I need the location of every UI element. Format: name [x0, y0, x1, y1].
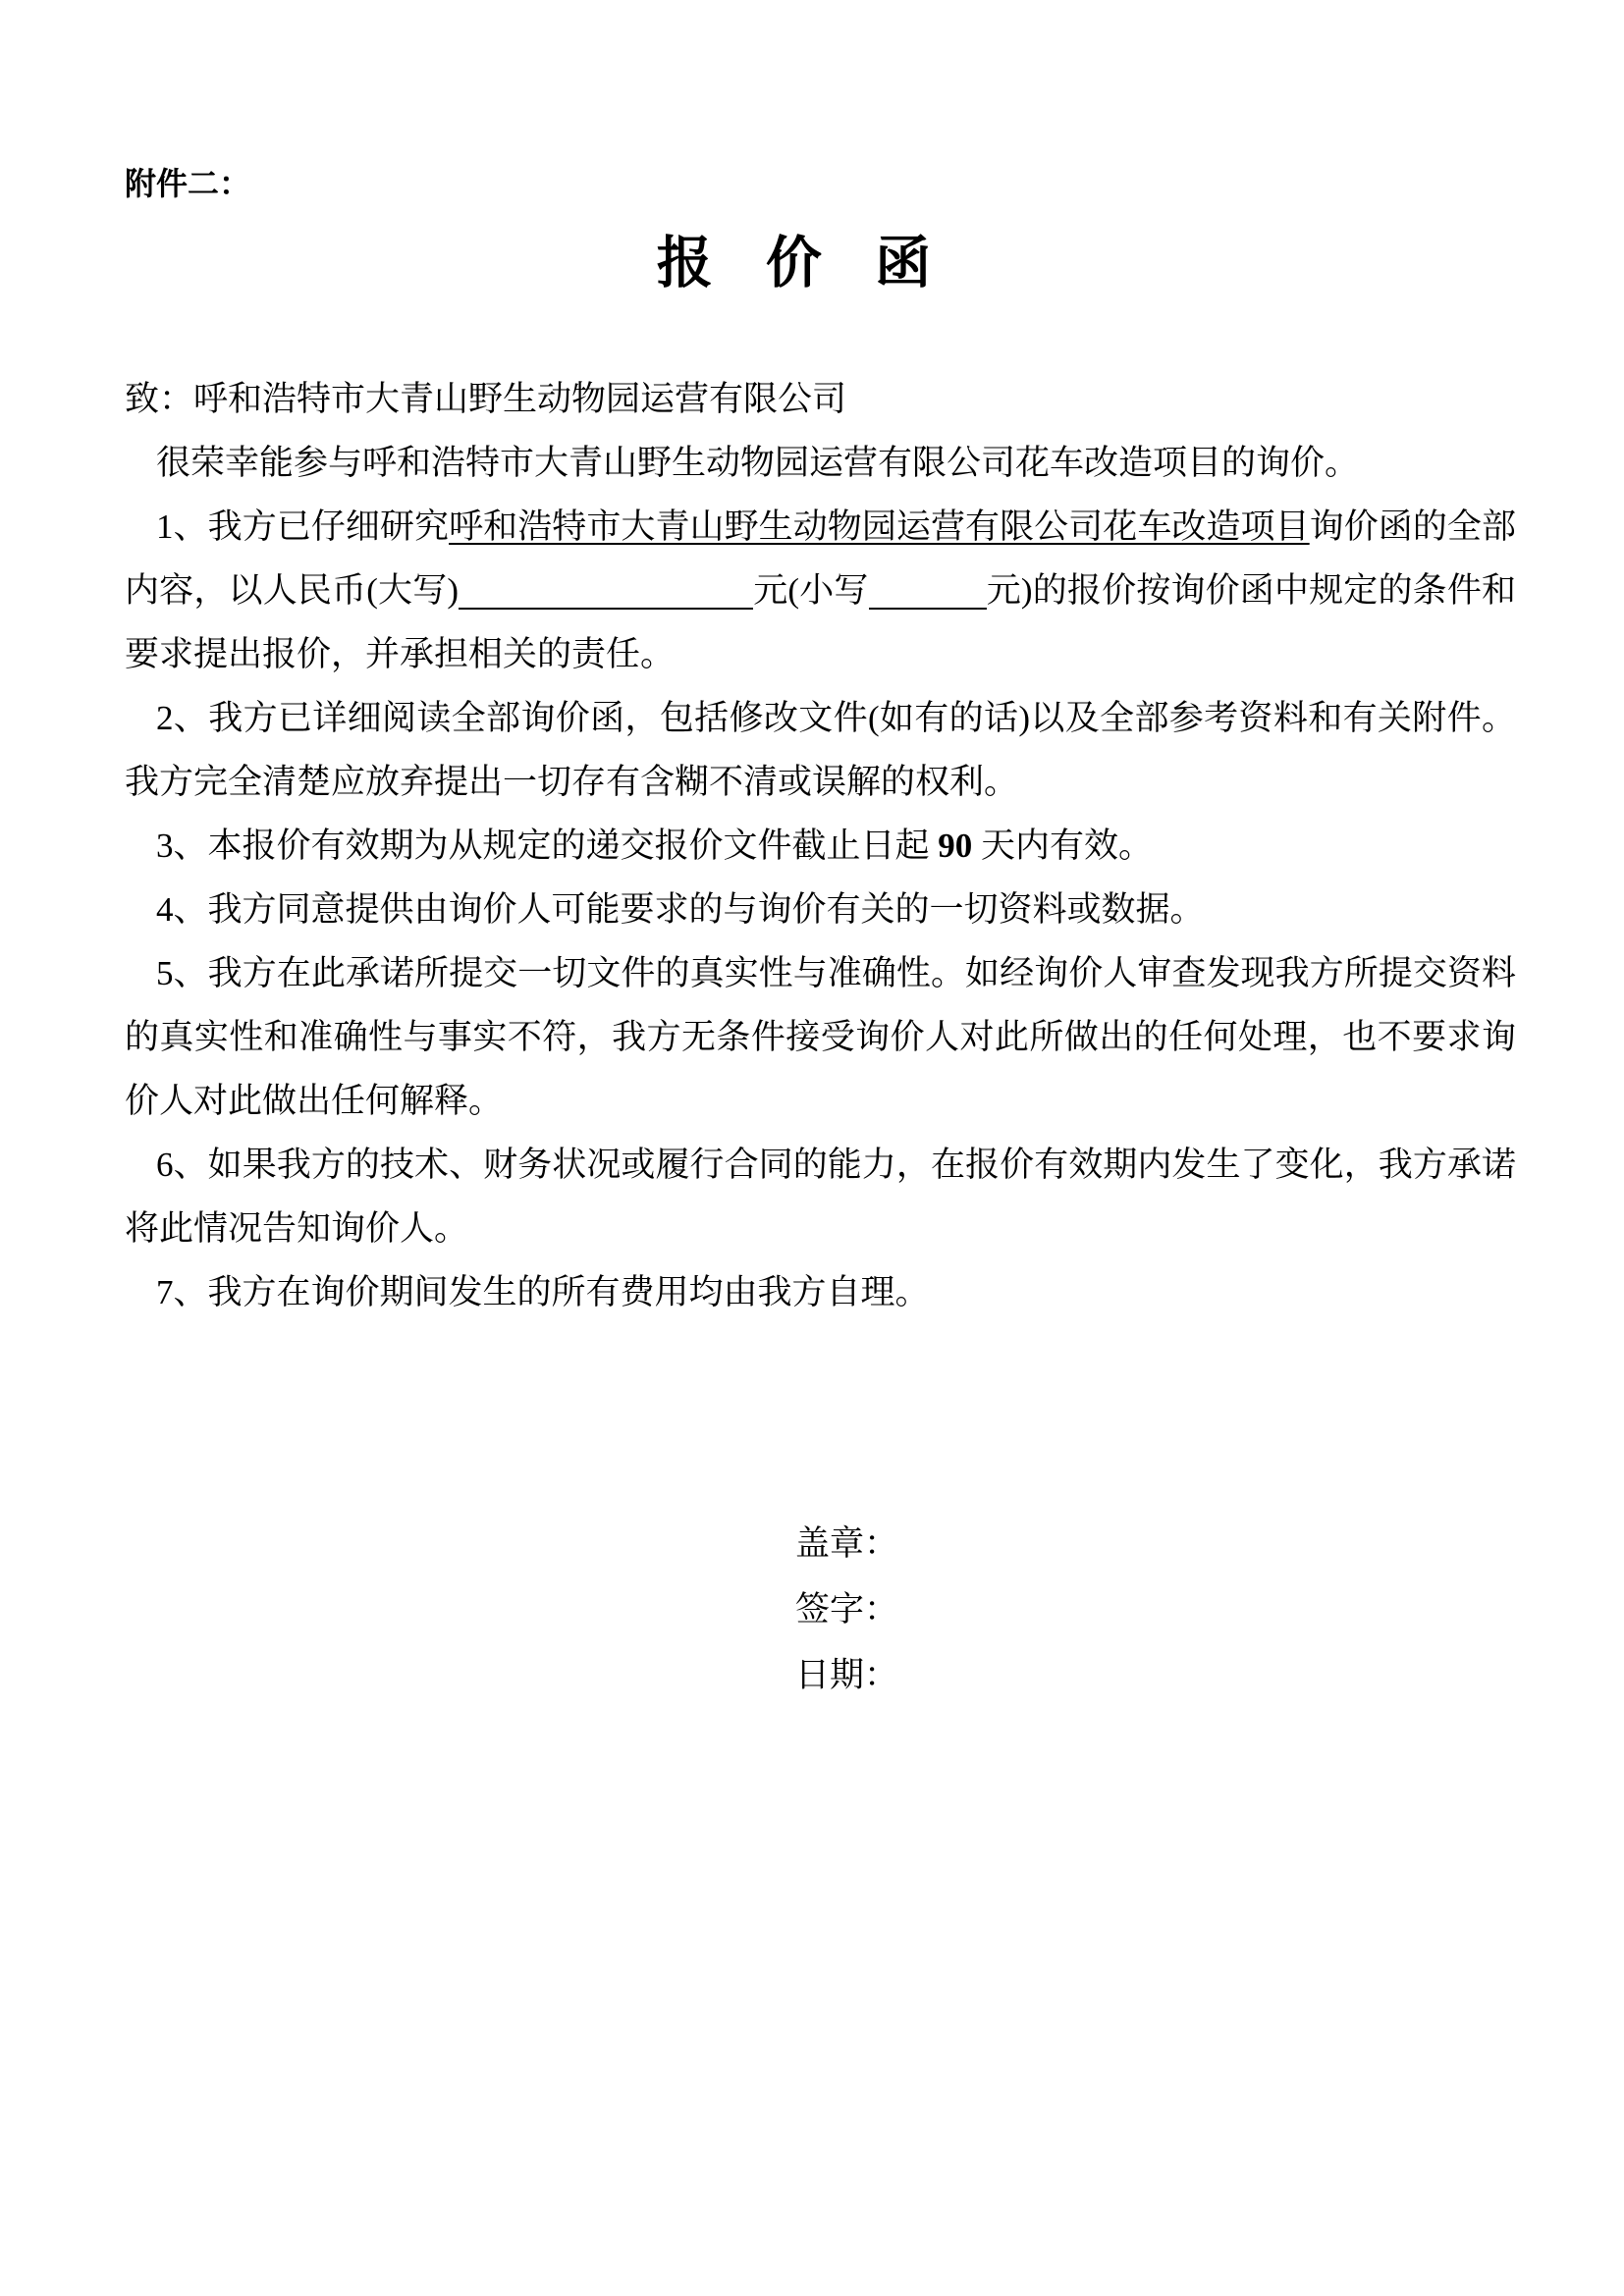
text-run: 3、本报价有效期为从规定的递交报价文件截止日起	[156, 827, 938, 865]
text-run: 天内有效。	[972, 827, 1153, 865]
text-run: 1、我方已仔细研究	[156, 507, 449, 546]
paragraph: 7、我方在询价期间发生的所有费用均由我方自理。	[125, 1260, 1516, 1324]
paragraph: 1、我方已仔细研究呼和浩特市大青山野生动物园运营有限公司花车改造项目询价函的全部…	[125, 495, 1516, 686]
signature-block: 盖章： 签字： 日期：	[795, 1511, 1516, 1708]
document-page: 附件二： 报价函 致：呼和浩特市大青山野生动物园运营有限公司 很荣幸能参与呼和浩…	[0, 0, 1624, 2296]
underlined-text: 呼和浩特市大青山野生动物园运营有限公司花车改造项目	[449, 507, 1310, 546]
paragraph: 6、如果我方的技术、财务状况或履行合同的能力，在报价有效期内发生了变化，我方承诺…	[125, 1133, 1516, 1260]
text-run: 7、我方在询价期间发生的所有费用均由我方自理。	[156, 1273, 930, 1311]
date-label: 日期：	[795, 1642, 1516, 1708]
text-run: 6、如果我方的技术、财务状况或履行合同的能力，在报价有效期内发生了变化，我方承诺…	[125, 1146, 1516, 1248]
text-run: 4、我方同意提供由询价人可能要求的与询价有关的一切资料或数据。	[156, 890, 1205, 929]
text-run: 2、我方已详细阅读全部询价函，包括修改文件(如有的话)以及全部参考资料和有关附件…	[125, 699, 1516, 801]
paragraph: 很荣幸能参与呼和浩特市大青山野生动物园运营有限公司花车改造项目的询价。	[125, 431, 1516, 495]
fill-in-blank-line	[869, 566, 987, 610]
page-title: 报价函	[125, 230, 1516, 298]
fill-in-blank-line	[459, 566, 753, 610]
paragraph: 5、我方在此承诺所提交一切文件的真实性与准确性。如经询价人审查发现我方所提交资料…	[125, 941, 1516, 1133]
attachment-label: 附件二：	[125, 167, 1516, 200]
text-run: 很荣幸能参与呼和浩特市大青山野生动物园运营有限公司花车改造项目的询价。	[156, 444, 1359, 482]
text-run: 90	[938, 827, 972, 865]
paragraph: 3、本报价有效期为从规定的递交报价文件截止日起 90 天内有效。	[125, 814, 1516, 878]
text-run: 5、我方在此承诺所提交一切文件的真实性与准确性。如经询价人审查发现我方所提交资料…	[125, 954, 1516, 1120]
paragraphs: 很荣幸能参与呼和浩特市大青山野生动物园运营有限公司花车改造项目的询价。1、我方已…	[125, 431, 1516, 1324]
text-run: 元(小写	[753, 571, 869, 610]
paragraph: 4、我方同意提供由询价人可能要求的与询价有关的一切资料或数据。	[125, 878, 1516, 941]
signature-label: 签字：	[795, 1576, 1516, 1642]
paragraph: 2、我方已详细阅读全部询价函，包括修改文件(如有的话)以及全部参考资料和有关附件…	[125, 686, 1516, 814]
recipient-line: 致：呼和浩特市大青山野生动物园运营有限公司	[125, 367, 1516, 431]
seal-label: 盖章：	[795, 1511, 1516, 1576]
